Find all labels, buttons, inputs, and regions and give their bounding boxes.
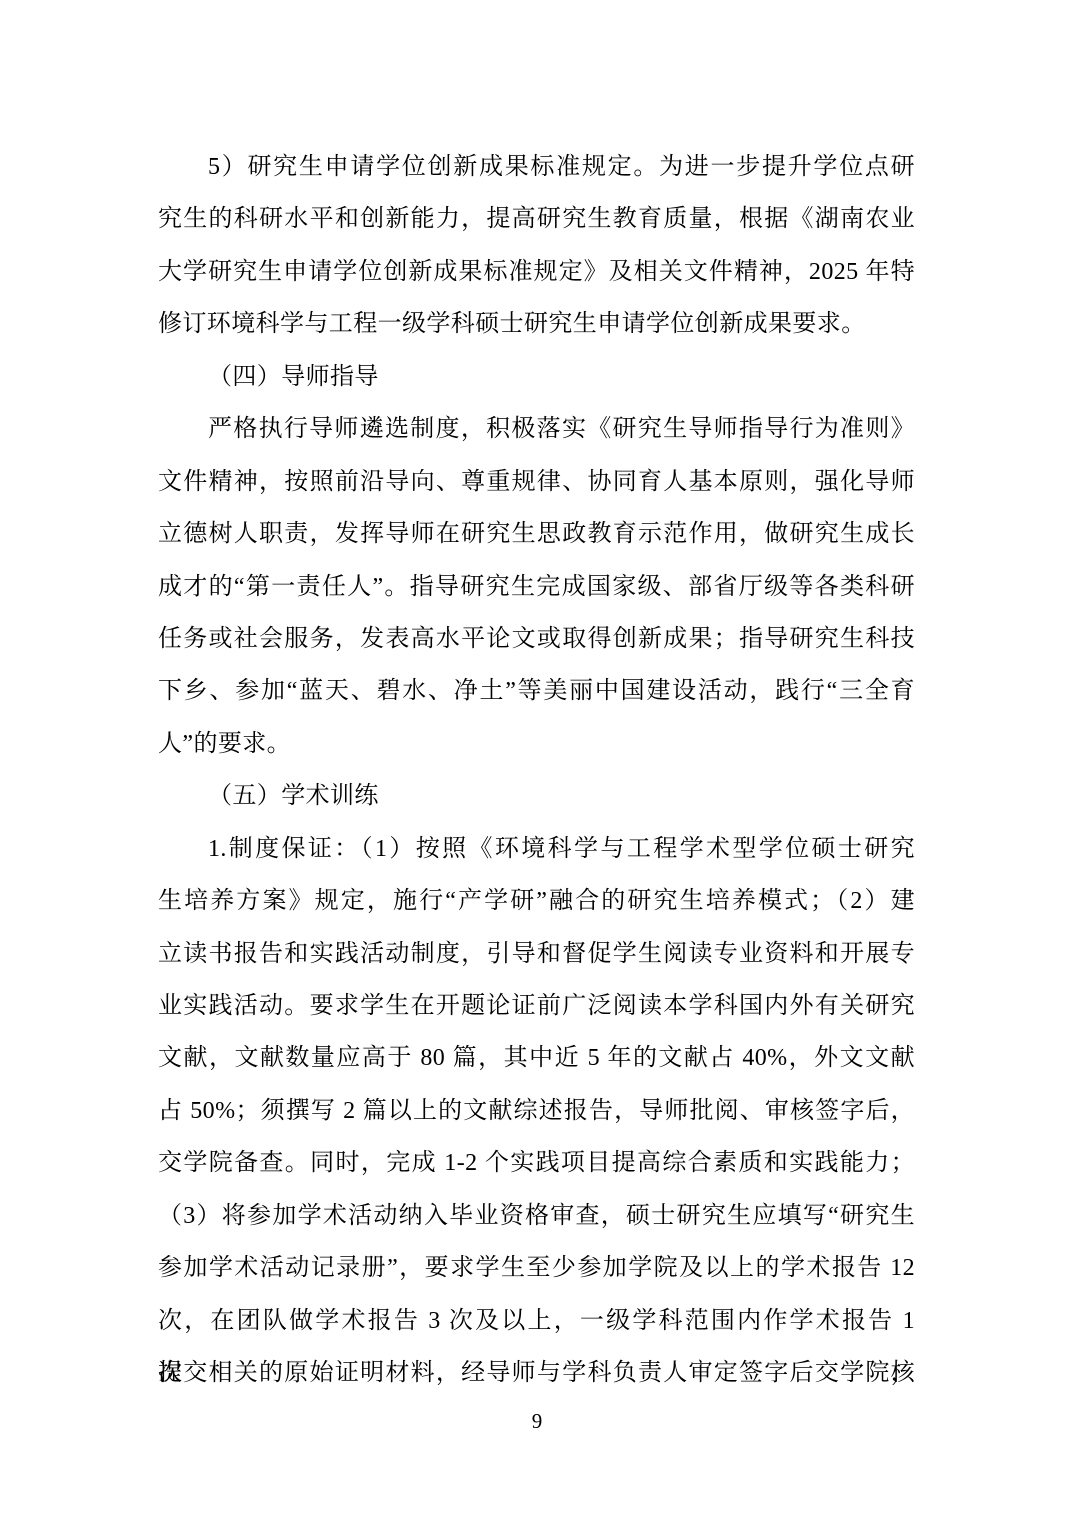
document-page: 5）研究生申请学位创新成果标准规定。为进一步提升学位点研究生的科研水平和创新能力… <box>0 0 1074 1520</box>
text-line: 文献，文献数量应高于 80 篇，其中近 5 年的文献占 40%，外文文献 <box>158 1032 915 1084</box>
section-heading-line: （四）导师指导 <box>158 351 915 403</box>
text-line: 参加学术活动记录册”，要求学生至少参加学院及以上的学术报告 12 <box>158 1242 915 1294</box>
text-line: 提交相关的原始证明材料，经导师与学科负责人审定签字后交学院核 <box>158 1347 915 1399</box>
text-line: 人”的要求。 <box>158 718 915 770</box>
text-line: 大学研究生申请学位创新成果标准规定》及相关文件精神，2025 年特 <box>158 246 915 298</box>
text-line: 究生的科研水平和创新能力，提高研究生教育质量，根据《湖南农业 <box>158 193 915 245</box>
page-number: 9 <box>0 1406 1074 1436</box>
text-line: 任务或社会服务，发表高水平论文或取得创新成果；指导研究生科技 <box>158 613 915 665</box>
text-line: 严格执行导师遴选制度，积极落实《研究生导师指导行为准则》 <box>158 403 915 455</box>
text-line: 占 50%；须撰写 2 篇以上的文献综述报告，导师批阅、审核签字后， <box>158 1085 915 1137</box>
section-heading-line: （五）学术训练 <box>158 770 915 822</box>
text-line: 1.制度保证：（1）按照《环境科学与工程学术型学位硕士研究 <box>158 823 915 875</box>
text-line: 5）研究生申请学位创新成果标准规定。为进一步提升学位点研 <box>158 141 915 193</box>
text-line: 交学院备查。同时，完成 1-2 个实践项目提高综合素质和实践能力； <box>158 1137 915 1189</box>
document-body: 5）研究生申请学位创新成果标准规定。为进一步提升学位点研究生的科研水平和创新能力… <box>158 141 915 1400</box>
text-line: （3）将参加学术活动纳入毕业资格审查，硕士研究生应填写“研究生 <box>158 1190 915 1242</box>
text-line: 业实践活动。要求学生在开题论证前广泛阅读本学科国内外有关研究 <box>158 980 915 1032</box>
text-line: 立德树人职责，发挥导师在研究生思政教育示范作用，做研究生成长 <box>158 508 915 560</box>
text-line: 下乡、参加“蓝天、碧水、净土”等美丽中国建设活动，践行“三全育 <box>158 665 915 717</box>
text-line: 修订环境科学与工程一级学科硕士研究生申请学位创新成果要求。 <box>158 298 915 350</box>
text-line: 次，在团队做学术报告 3 次及以上，一级学科范围内作学术报告 1 次， <box>158 1295 915 1347</box>
text-line: 成才的“第一责任人”。指导研究生完成国家级、部省厅级等各类科研 <box>158 561 915 613</box>
text-line: 生培养方案》规定，施行“产学研”融合的研究生培养模式；（2）建 <box>158 875 915 927</box>
text-line: 立读书报告和实践活动制度，引导和督促学生阅读专业资料和开展专 <box>158 928 915 980</box>
text-line: 文件精神，按照前沿导向、尊重规律、协同育人基本原则，强化导师 <box>158 456 915 508</box>
